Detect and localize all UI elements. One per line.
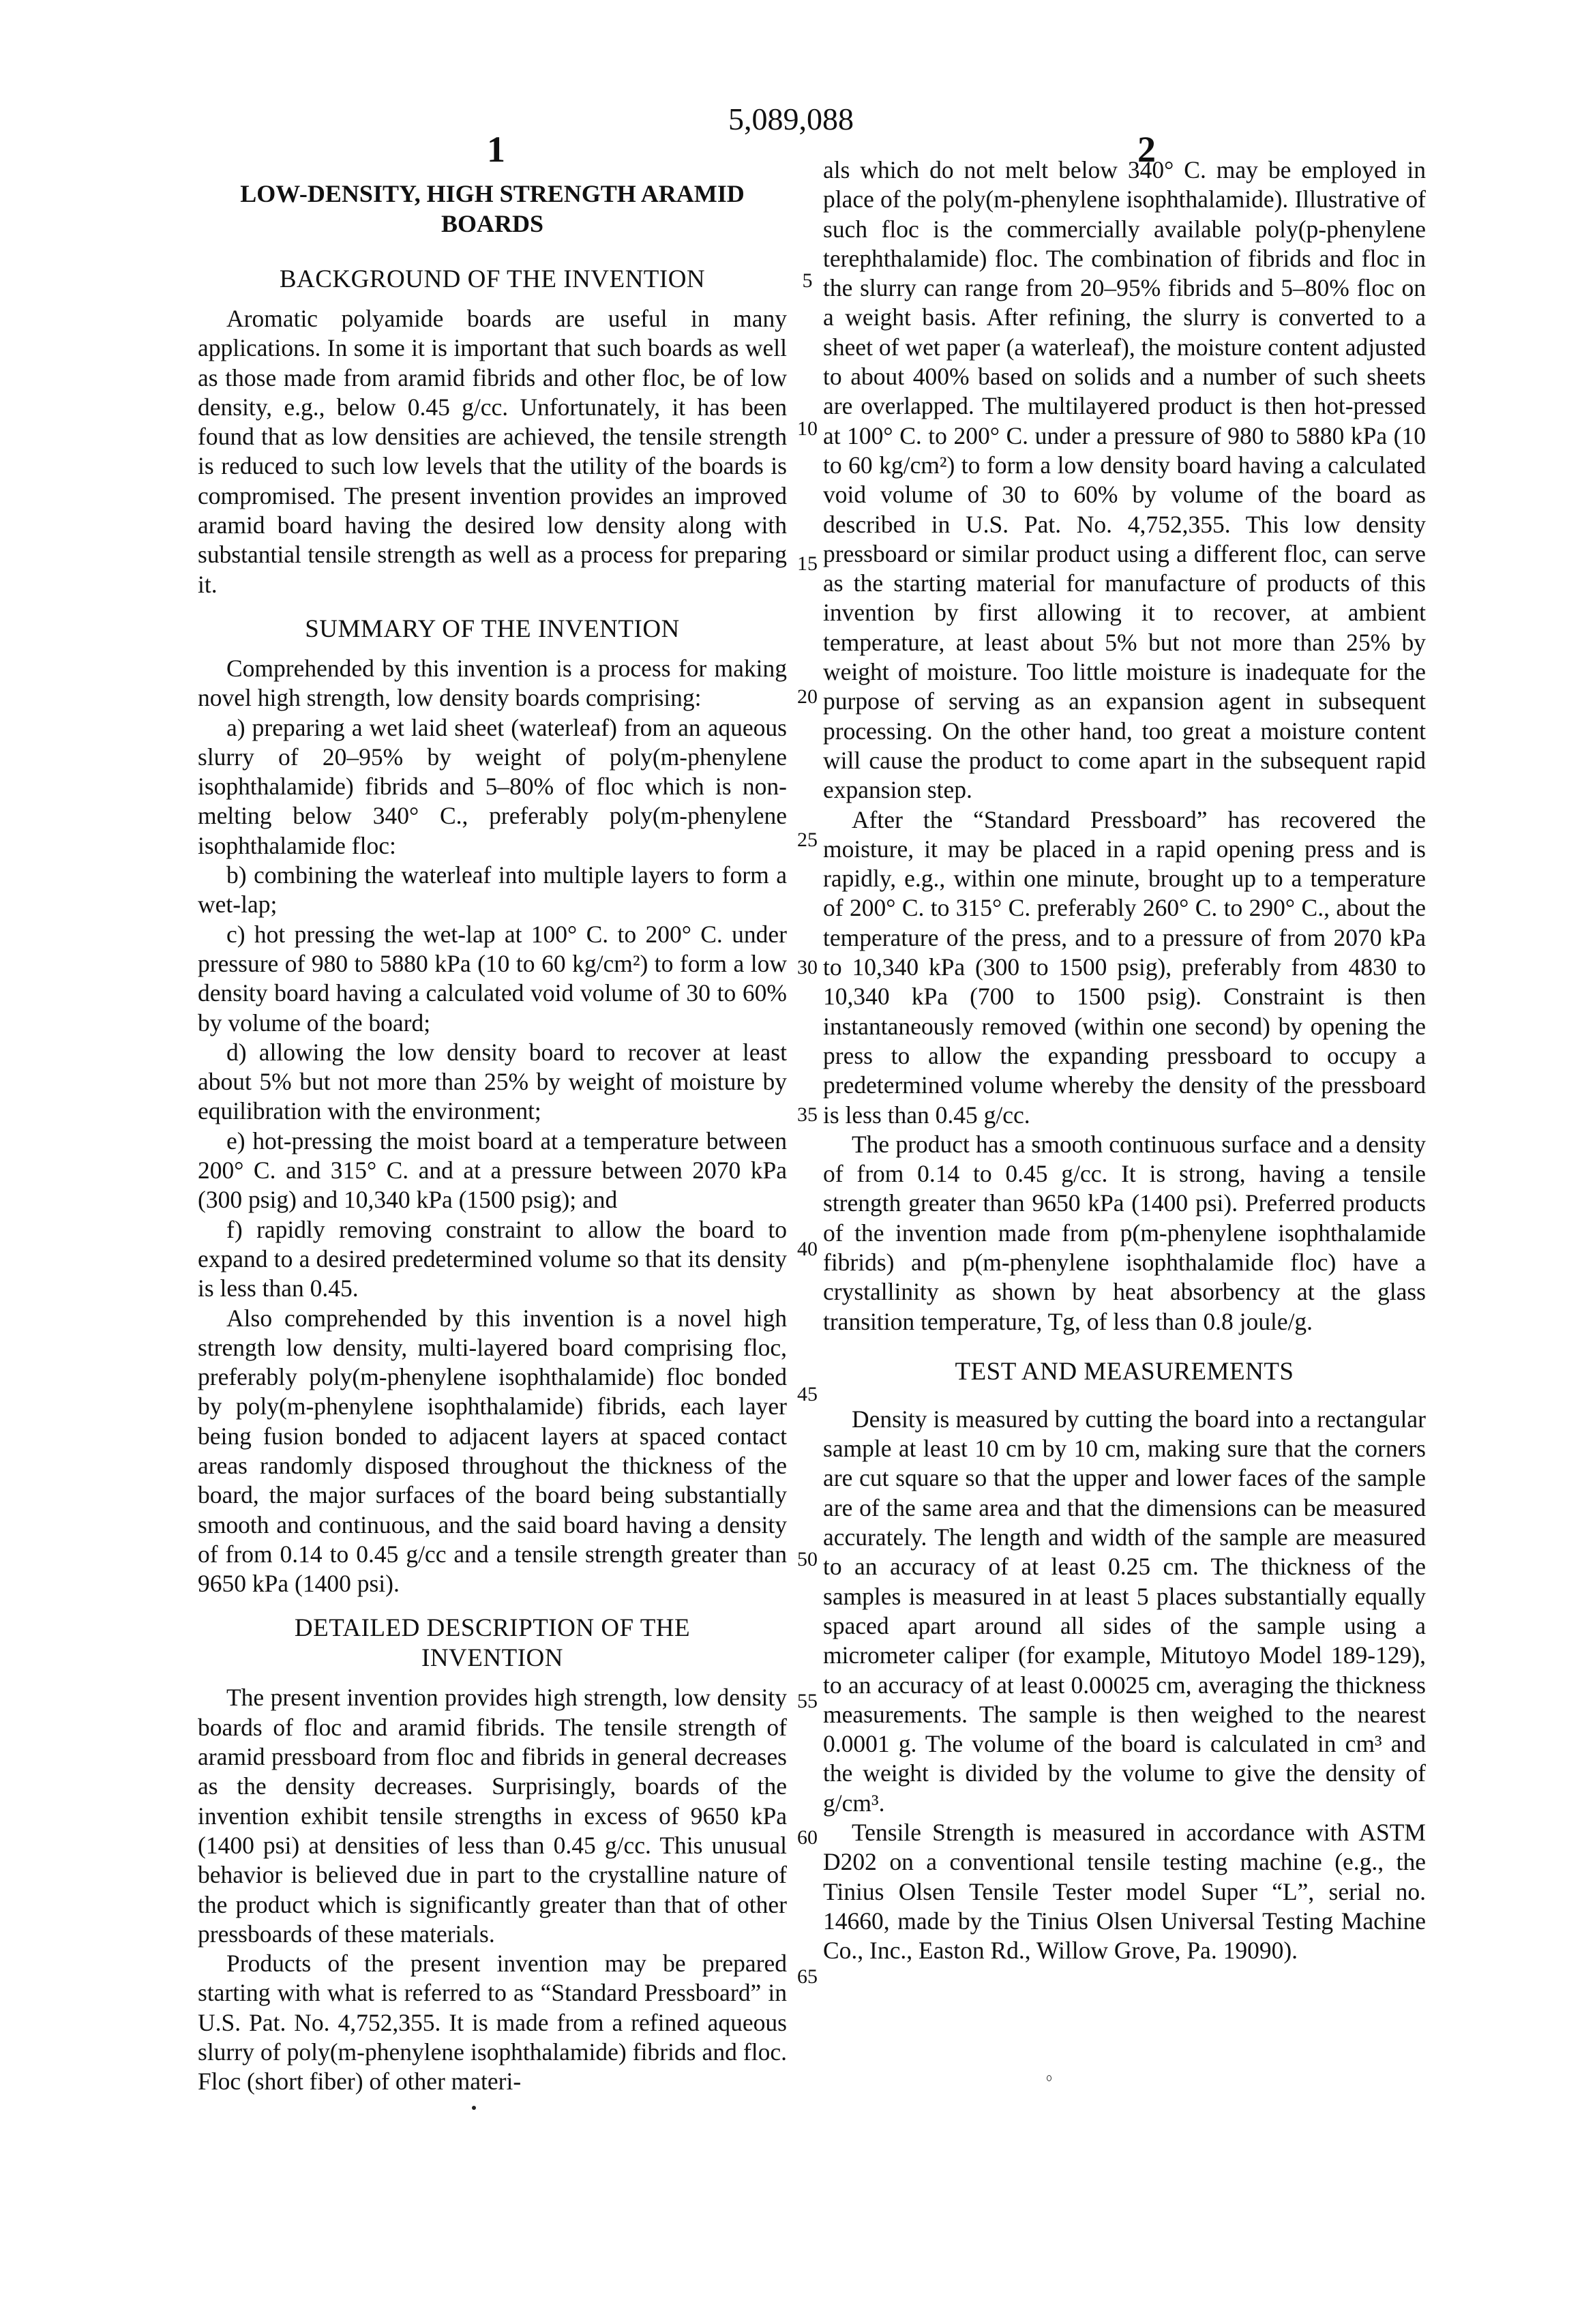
- line-number: 65: [794, 1965, 821, 1988]
- right-column: als which do not melt below 340° C. may …: [823, 155, 1426, 1966]
- line-number: 10: [794, 417, 821, 441]
- detailed-description-heading: DETAILED DESCRIPTION OF THE INVENTION: [198, 1613, 787, 1673]
- summary-step-d: d) allowing the low density board to rec…: [198, 1038, 787, 1127]
- summary-step-a: a) preparing a wet laid sheet (waterleaf…: [198, 713, 787, 861]
- tensile-test-paragraph: Tensile Strength is measured in accordan…: [823, 1818, 1426, 1965]
- line-number: 5: [794, 269, 821, 293]
- line-number: 20: [794, 685, 821, 709]
- detailed-paragraph-2: Products of the present invention may be…: [198, 1949, 787, 2096]
- summary-step-c: c) hot pressing the wet-lap at 100° C. t…: [198, 920, 787, 1038]
- summary-paragraph-2: Also comprehended by this invention is a…: [198, 1304, 787, 1599]
- summary-step-e: e) hot-pressing the moist board at a tem…: [198, 1127, 787, 1215]
- scan-speck: [1047, 2075, 1051, 2081]
- test-heading: TEST AND MEASUREMENTS: [823, 1357, 1426, 1387]
- line-number: 30: [794, 956, 821, 979]
- left-column: LOW-DENSITY, HIGH STRENGTH ARAMID BOARDS…: [198, 179, 787, 2097]
- line-number: 60: [794, 1826, 821, 1849]
- column-number-left: 1: [487, 128, 505, 170]
- line-number: 25: [794, 829, 821, 852]
- line-number: 40: [794, 1238, 821, 1261]
- line-number: 55: [794, 1690, 821, 1713]
- title-line-1: LOW-DENSITY, HIGH STRENGTH ARAMID: [198, 179, 787, 209]
- density-test-paragraph: Density is measured by cutting the board…: [823, 1405, 1426, 1818]
- line-number: 35: [794, 1103, 821, 1127]
- line-number: 50: [794, 1548, 821, 1571]
- pressing-paragraph: After the “Standard Pressboard” has reco…: [823, 805, 1426, 1130]
- background-heading: BACKGROUND OF THE INVENTION: [198, 265, 787, 295]
- document-title: LOW-DENSITY, HIGH STRENGTH ARAMID BOARDS: [198, 179, 787, 239]
- summary-step-b: b) combining the waterleaf into multiple…: [198, 861, 787, 920]
- product-paragraph: The product has a smooth continuous surf…: [823, 1130, 1426, 1337]
- summary-step-f: f) rapidly removing constraint to allow …: [198, 1215, 787, 1304]
- summary-heading: SUMMARY OF THE INVENTION: [198, 614, 787, 644]
- background-paragraph: Aromatic polyamide boards are useful in …: [198, 304, 787, 599]
- scan-speck: [472, 2106, 476, 2110]
- line-number: 15: [794, 552, 821, 576]
- detailed-heading-line-2: INVENTION: [198, 1643, 787, 1673]
- patent-number: 5,089,088: [0, 101, 1582, 137]
- summary-intro: Comprehended by this invention is a proc…: [198, 654, 787, 713]
- line-number: 45: [794, 1383, 821, 1406]
- detailed-paragraph-1: The present invention provides high stre…: [198, 1683, 787, 1949]
- continuation-paragraph: als which do not melt below 340° C. may …: [823, 155, 1426, 805]
- detailed-heading-line-1: DETAILED DESCRIPTION OF THE: [198, 1613, 787, 1643]
- title-line-2: BOARDS: [198, 209, 787, 239]
